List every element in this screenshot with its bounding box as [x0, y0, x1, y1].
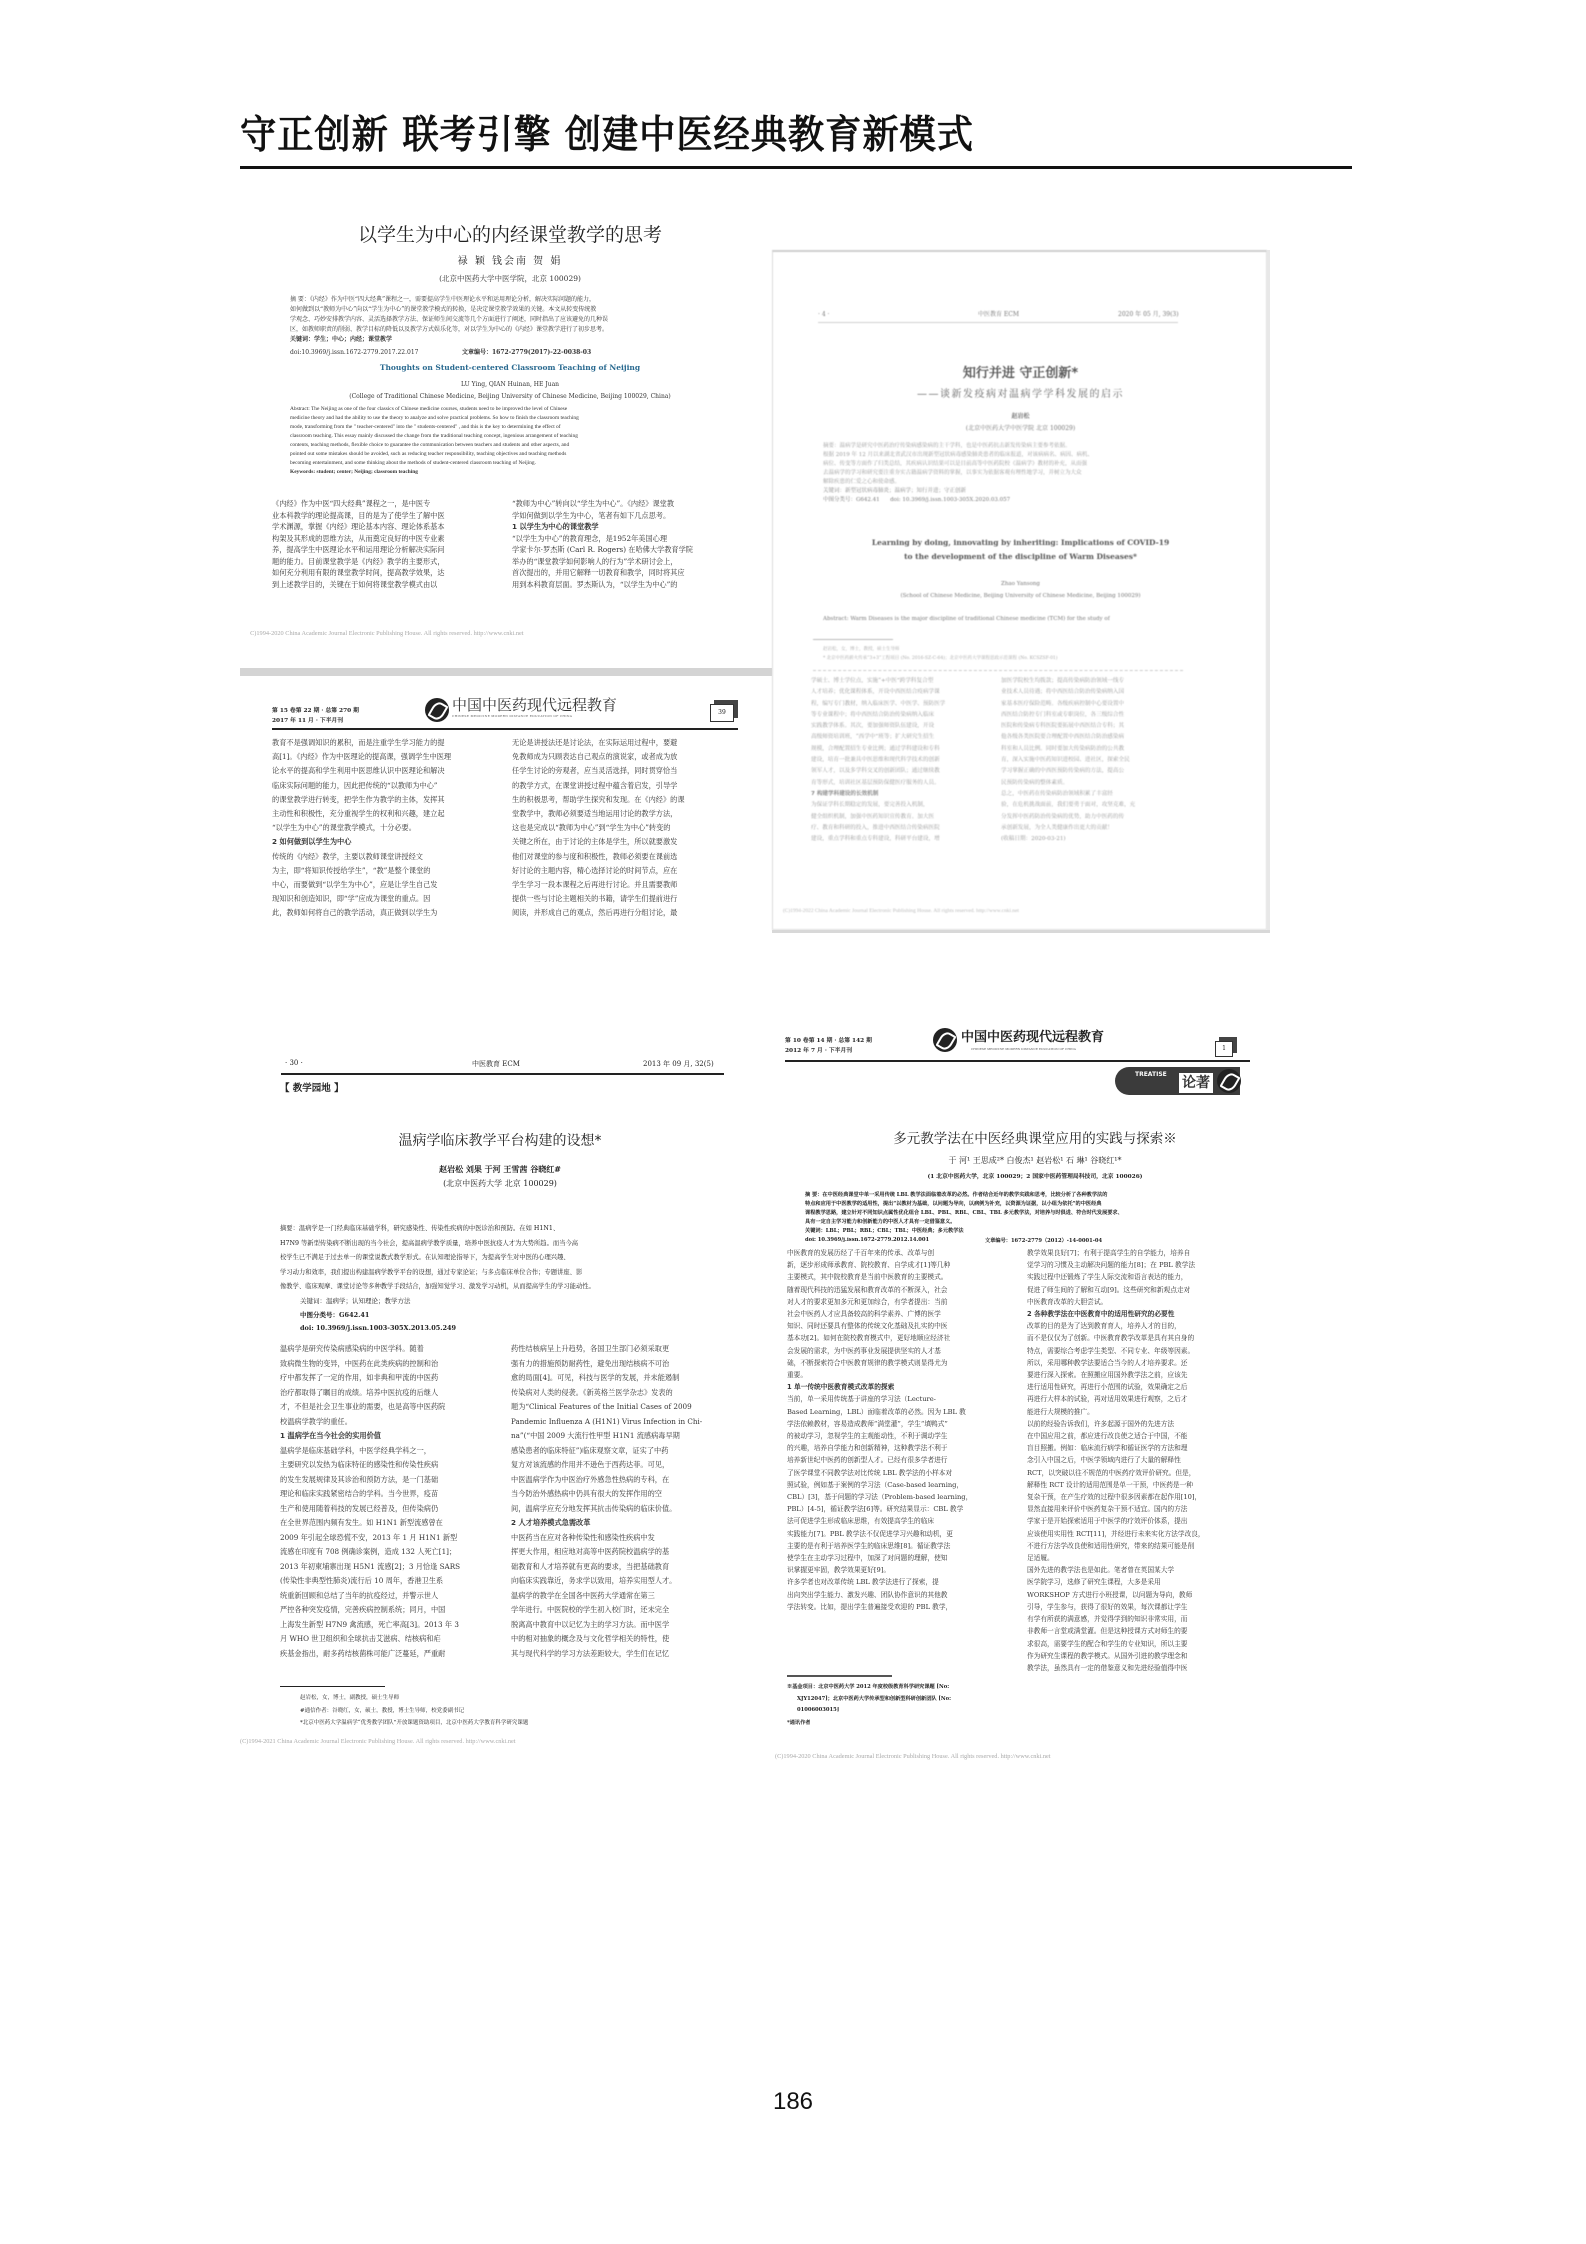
page-title: 守正创新 联考引擎 创建中医经典教育新模式	[240, 112, 1282, 160]
doc5-journal-name: 中国中医药现代远程教育	[961, 1026, 1104, 1045]
doc2-title-en-2: to the development of the discipline of …	[773, 552, 1267, 561]
doc5-footnote-rule	[787, 1675, 892, 1677]
doc4-footnote-rule	[280, 1686, 385, 1687]
doc3-page-box: 39	[710, 704, 734, 722]
doc4-copyright: (C)1994-2021 China Academic Journal Elec…	[240, 1738, 516, 1745]
doc4-body-left: 温病学是研究传染病感染病的中医学科。随着 致病微生物的变异，中医药在此类疾病的控…	[280, 1342, 495, 1661]
doc1-affiliation: (北京中医药大学中医学院，北京 100029)	[250, 273, 770, 284]
doc1-keywords-en: Keywords: student; center; Neijing; clas…	[290, 468, 720, 477]
doc5-footnote-2: XJY12047]；北京中医药大学传承型和创新型科研创新团队 [No:	[797, 1695, 951, 1702]
doc5-title: 多元教学法在中医经典课堂应用的实践与探索※	[775, 1127, 1295, 1147]
treatise-logo-icon	[1217, 1069, 1241, 1093]
header-rule	[240, 166, 1352, 169]
document-scan-4: · 30 · 中医教育 ECM 2013 年 09 月, 32(5) 【 教学园…	[240, 1050, 760, 1750]
doc5-treatise-badge: TREATISE 论著	[1115, 1067, 1240, 1095]
doc2-running-head-right: 2020 年 05 月, 39(3)	[1118, 310, 1179, 319]
doc5-article-no: 文章编号：1672-2779（2012）-14-0001-04	[985, 1237, 1102, 1244]
doc5-doi: doi: 10.3969/j.issn.1672-2779.2012.14.00…	[805, 1237, 929, 1243]
doc1-keywords-cn: 关键词：学生；中心；内经；课堂教学	[290, 335, 720, 345]
doc2-author-en: Zhao Yansong	[773, 580, 1267, 589]
doc4-authors: 赵岩松 刘果 于河 王雪茜 谷晓红#	[240, 1164, 760, 1175]
doc2-affiliation-en: (School of Chinese Medicine, Beijing Uni…	[773, 592, 1267, 601]
doc2-abstract-en: Abstract: Warm Diseases is the major dis…	[823, 615, 1110, 624]
doc3-body-right: 无论是讲授法还是讨论法，在实际运用过程中，要避 免教师成为只顾表达自己观点的演说…	[512, 736, 740, 921]
document-scan-3: 第 15 卷第 22 期 · 总第 270 期 2017 年 11 月 · 下半…	[240, 690, 760, 940]
doc2-keywords: 关键词：新型冠状病毒肺炎；温病学；知行并进；守正创新	[823, 487, 1188, 496]
doc2-title-en-1: Learning by doing, innovating by inherit…	[773, 538, 1267, 547]
document-scan-2: · 4 · 中医教育 ECM 2020 年 05 月, 39(3) 知行并进 守…	[772, 250, 1267, 930]
doc3-head-rule	[272, 728, 738, 730]
doc4-running-head-right: 2013 年 09 月, 32(5)	[643, 1059, 714, 1069]
doc2-running-head-center: 中医教育 ECM	[978, 310, 1019, 319]
doc2-footnote-2: * 北京中医药薪火传承“3+3”工程项目 (No. 2016-SZ-C-64)；…	[823, 654, 1058, 663]
doc2-affiliation: (北京中医药大学中医学院 北京 100029)	[773, 424, 1267, 433]
doc4-section-label: 【 教学园地 】	[280, 1080, 344, 1094]
doc2-body-right: 加医学院校生均拨款；提高传染病防治领域一线专 业技术人员待遇；将中西医结合防治传…	[1001, 676, 1186, 845]
doc2-abstract-cn: 摘要：温病学是研究中医药治疗传染病感染病的主干学科，也是中医药抗击新发传染病主要…	[823, 442, 1188, 505]
doc1-title: 以学生为中心的内经课堂教学的思考	[250, 220, 770, 247]
doc5-body-left: 中医教育的发展历经了千百年来的传承、改革与创 新，逐步形成师承教育、院校教育、自…	[787, 1247, 1012, 1613]
doc5-abstract: 摘 要：在中医经典课堂中单一采用传统 LBL 教学法面临着改革的必然。作者结合近…	[805, 1191, 1245, 1236]
journal-logo-icon	[933, 1028, 957, 1052]
doc1-copyright: (C)1994-2020 China Academic Journal Elec…	[250, 630, 524, 637]
doc3-journal-name-en: CHINESE MEDICINE MODERN DISTANCE EDUCATI…	[452, 714, 572, 718]
doc1-doi: doi:10.3969/j.issn.1672-2779.2017.22.017	[290, 348, 419, 357]
doc5-footnote-3: 01006003015]	[797, 1707, 839, 1713]
doc5-treatise-cn: 论著	[1179, 1073, 1213, 1093]
doc4-affiliation: (北京中医药大学 北京 100029)	[240, 1178, 760, 1189]
doc2-classification: 中图分类号：G642.41 doi: 10.3969/j.issn.1003-3…	[823, 496, 1188, 505]
doc5-page-box: 1	[1215, 1041, 1233, 1057]
doc5-affiliation: (1 北京中医药大学，北京 100029；2 国家中医药管理局科技司，北京 10…	[775, 1171, 1295, 1180]
doc2-footnote-1: 赵岩松，女，博士，教授，硕士生导师	[823, 645, 900, 654]
doc1-authors: 禄 颖 钱会南 贺 娟	[250, 252, 770, 267]
doc4-running-head-left: · 30 ·	[285, 1059, 303, 1067]
doc2-dashed-divider	[813, 670, 1183, 671]
doc1-affiliation-en: (College of Traditional Chinese Medicine…	[250, 392, 770, 401]
doc2-footnote-rule	[813, 639, 893, 640]
doc2-copyright: (C)1994-2022 China Academic Journal Elec…	[783, 908, 1019, 914]
doc5-head-rule	[785, 1060, 1250, 1062]
doc2-shadow-right	[1267, 250, 1270, 932]
journal-logo-icon	[425, 698, 449, 722]
doc4-footnote-3: *北京中医药大学温病学“优秀教学团队”开放课题资助项目，北京中医药大学教育科学研…	[300, 1718, 528, 1726]
doc5-footnote-1: ※基金项目：北京中医药大学 2012 年度校级教育科学研究课题 [No:	[787, 1683, 949, 1690]
doc2-author: 赵岩松	[773, 412, 1267, 421]
doc2-body-left: 学硕士、博士学位点，实施“+中医”跨学科复合型 人才培养；优化课程体系，开设中西…	[811, 676, 996, 845]
doc2-head-rule	[818, 322, 1178, 323]
doc5-authors: 于 河¹ 王思成²* 白俊杰¹ 赵岩松¹ 石 琳¹ 谷晓红¹*	[775, 1155, 1295, 1166]
page-number: 186	[0, 2088, 1586, 2116]
doc4-footnote-1: 赵岩松，女，博士，副教授，硕士生导师	[300, 1693, 399, 1701]
doc4-keywords: 关键词：温病学；认知理论；教学方法	[300, 1296, 411, 1305]
doc1-article-no: 文章编号：1672-2779(2017)-22-0038-03	[462, 348, 591, 357]
doc2-subtitle: ——谈新发疫病对温病学学科发展的启示	[773, 385, 1267, 400]
doc5-copyright: (C)1994-2020 China Academic Journal Elec…	[775, 1753, 1051, 1760]
doc4-abstract: 摘要：温病学是一门经典临床基础学科，研究感染性、传染性疾病的中医诊治和预防。在如…	[280, 1222, 730, 1295]
doc4-footnote-2: #通信作者：谷晓红，女，硕士，教授，博士生导师，校党委副书记	[300, 1706, 464, 1714]
doc4-running-head-center: 中医教育 ECM	[472, 1059, 520, 1069]
doc3-issue-line-1: 第 15 卷第 22 期 · 总第 270 期	[272, 705, 359, 714]
document-scan-1: 以学生为中心的内经课堂教学的思考 禄 颖 钱会南 贺 娟 (北京中医药大学中医学…	[250, 200, 770, 670]
doc4-title: 温病学临床教学平台构建的设想*	[240, 1130, 760, 1150]
doc1-abstract-cn: 摘 要：《内经》作为中医“四大经典”课程之一，需要提高学生中医理论水平和运用理论…	[290, 295, 720, 345]
doc1-body-right: “教师为中心”转向以“学生为中心”。《内经》课堂教 学如何做到以学生为中心，笔者…	[512, 498, 740, 590]
document-scan-5: 第 10 卷第 14 期 · 总第 142 期 2012 年 7 月 · 下半月…	[775, 1025, 1295, 1785]
doc5-footnote-4: *通讯作者	[787, 1719, 810, 1726]
doc4-head-rule	[281, 1073, 724, 1075]
doc3-body-left: 教育不是强调知识的累积，而是注重学生学习能力的提 高[1]。《内经》作为中医理论…	[272, 736, 500, 921]
doc1-title-en: Thoughts on Student-centered Classroom T…	[250, 363, 770, 372]
doc3-journal-name: 中国中医药现代远程教育	[452, 694, 617, 715]
doc1-authors-en: LU Ying, QIAN Huinan, HE Juan	[250, 380, 770, 389]
doc5-treatise-en: TREATISE	[1135, 1071, 1167, 1078]
doc1-divider	[240, 668, 772, 676]
doc1-abstract-en: Abstract: The Neijing as one of the four…	[290, 405, 720, 477]
doc2-running-head-left: · 4 ·	[818, 310, 829, 319]
doc4-body-right: 药性结核病呈上升趋势，各国卫生部门必须采取更 强有力的措施预防耐药性，避免出现结…	[511, 1342, 726, 1661]
doc5-keywords: 关键词：LBL；PBL；RBL；CBL；TBL；中医经典；多元教学法	[805, 1227, 1245, 1236]
doc5-journal-name-en: CHINESE MEDICINE MODERN DISTANCE EDUCATI…	[971, 1047, 1076, 1051]
doc4-classification: 中图分类号：G642.41	[300, 1310, 369, 1319]
doc5-issue-line-1: 第 10 卷第 14 期 · 总第 142 期	[785, 1035, 872, 1044]
doc2-shadow-bottom	[772, 930, 1270, 933]
doc5-body-right: 教学效果良好[7]；有利于提高学生的自学能力，培养自 觉学习的习惯及主动解决问题…	[1027, 1247, 1252, 1674]
doc2-title: 知行并进 守正创新*	[773, 362, 1267, 381]
doc3-issue-line-2: 2017 年 11 月 · 下半月刊	[272, 715, 343, 724]
doc5-issue-line-2: 2012 年 7 月 · 下半月刊	[785, 1045, 852, 1054]
doc4-doi: doi: 10.3969/j.issn.1003-305X.2013.05.24…	[300, 1324, 456, 1332]
page-header: 守正创新 联考引擎 创建中医经典教育新模式	[240, 112, 1360, 160]
doc1-body-left: 《内经》作为中医“四大经典”课程之一，是中医专 业本科教学的理论提高课，目的是为…	[272, 498, 500, 590]
